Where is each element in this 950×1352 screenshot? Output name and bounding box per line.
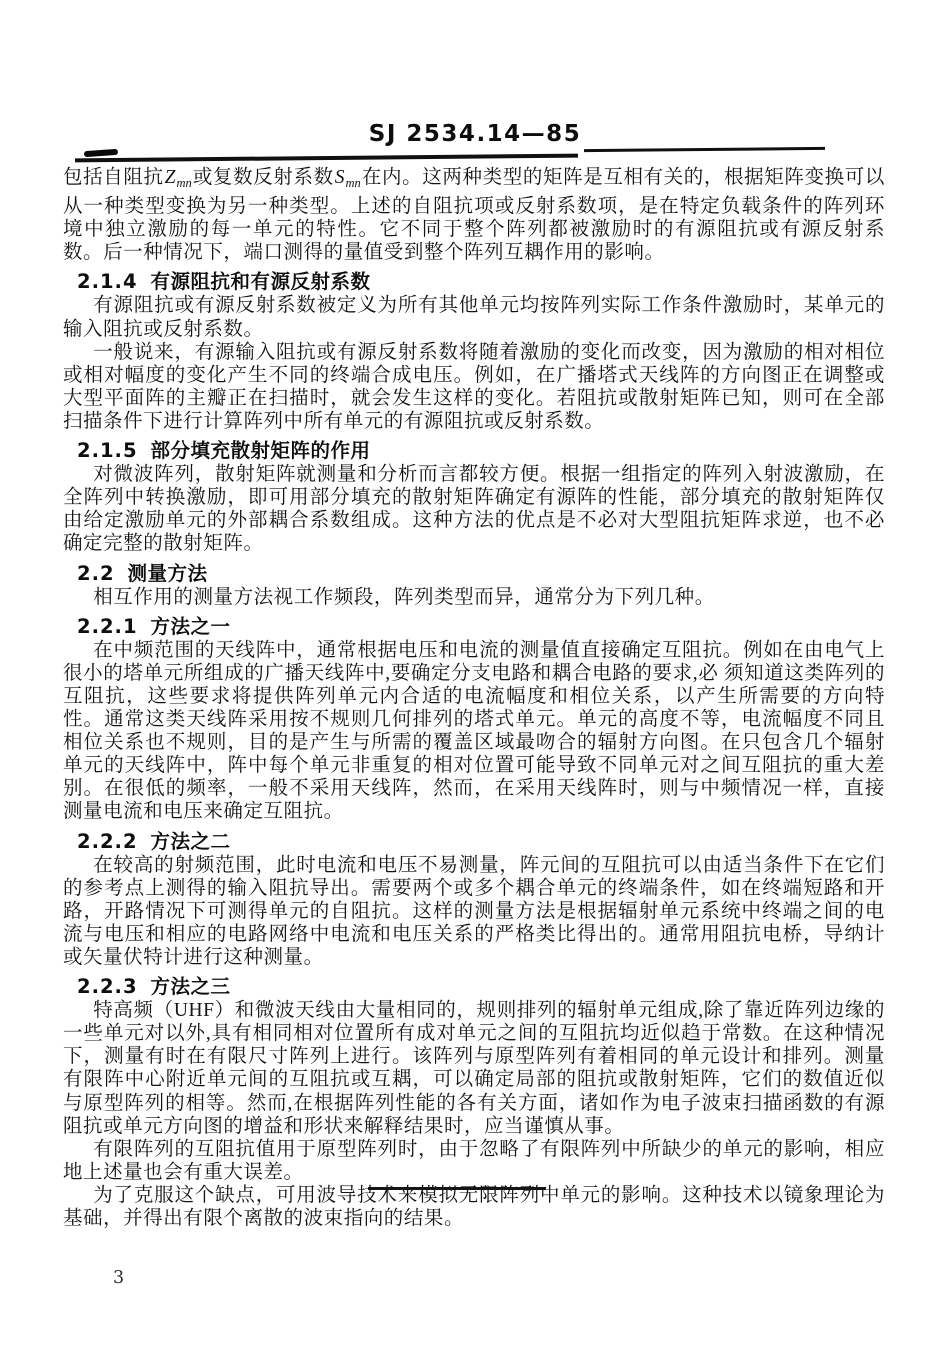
section-heading-2-1-4: 2.1.4有源阻抗和有源反射系数 (63, 270, 885, 293)
page-number: 3 (113, 1268, 124, 1288)
section-title: 测量方法 (128, 562, 208, 585)
section-heading-2-1-5: 2.1.5部分填充散射矩阵的作用 (63, 439, 885, 462)
section-number: 2.1.4 (77, 270, 138, 293)
section-heading-2-2-3: 2.2.3方法之三 (63, 975, 885, 998)
intro-text: 或复数反射系数 (193, 167, 334, 188)
section-title: 方法之一 (151, 615, 231, 638)
section-title: 部分填充散射矩阵的作用 (151, 439, 371, 462)
subscript-mn: mn (345, 176, 360, 190)
paragraph: 有源阻抗或有源反射系数被定义为所有其他单元均按阵列实际工作条件激励时，某单元的输… (63, 294, 885, 340)
paragraph: 为了克服这个缺点，可用波导技术来模拟无限阵列中单元的影响。这种技术以镜象理论为基… (63, 1184, 885, 1230)
variable-z: Z (164, 167, 177, 188)
section-heading-2-2-2: 2.2.2方法之二 (63, 830, 885, 853)
section-title: 有源阻抗和有源反射系数 (151, 270, 371, 293)
end-of-text-divider (368, 1187, 546, 1190)
paragraph: 一般说来，有源输入阻抗或有源反射系数将随着激励的变化而改变，因为激励的相对相位或… (63, 341, 885, 433)
header-rule-left (75, 154, 578, 162)
header-rule-right (584, 147, 825, 152)
document-page: SJ 2534.14—85 包括自阻抗Zmn或复数反射系数Smn在内。这两种类型… (0, 0, 950, 1352)
paragraph: 在中频范围的天线阵中，通常根据电压和电流的测量值直接确定互阻抗。例如在由电气上很… (63, 639, 885, 824)
section-number: 2.1.5 (77, 439, 138, 462)
paragraph: 对微波阵列，散射矩阵就测量和分析而言都较方便。根据一组指定的阵列入射波激励，在全… (63, 463, 885, 555)
paragraph: 特高频（UHF）和微波天线由大量相同的，规则排列的辐射单元组成,除了靠近阵列边缘… (63, 999, 885, 1138)
section-number: 2.2.3 (77, 975, 138, 998)
section-heading-2-2: 2.2测量方法 (63, 562, 885, 585)
section-title: 方法之二 (151, 830, 231, 853)
doc-number: SJ 2534.14—85 (0, 121, 950, 147)
variable-s: S (334, 167, 346, 188)
paragraph: 相互作用的测量方法视工作频段，阵列类型而异，通常分为下列几种。 (63, 586, 885, 609)
paragraph-intro: 包括自阻抗Zmn或复数反射系数Smn在内。这两种类型的矩阵是互相有关的，根据矩阵… (63, 166, 885, 264)
section-number: 2.2.1 (77, 615, 138, 638)
subscript-mn: mn (176, 176, 191, 190)
document-body: 包括自阻抗Zmn或复数反射系数Smn在内。这两种类型的矩阵是互相有关的，根据矩阵… (63, 166, 885, 1230)
section-title: 方法之三 (151, 975, 231, 998)
section-number: 2.2 (77, 562, 115, 585)
section-heading-2-2-1: 2.2.1方法之一 (63, 615, 885, 638)
intro-text: 包括自阻抗 (63, 167, 164, 188)
section-number: 2.2.2 (77, 830, 138, 853)
paragraph: 有限阵列的互阻抗值用于原型阵列时，由于忽略了有限阵列中所缺少的单元的影响，相应地… (63, 1138, 885, 1184)
header-rule-ink-blob (84, 149, 118, 157)
paragraph: 在较高的射频范围，此时电流和电压不易测量，阵元间的互阻抗可以由适当条件下在它们的… (63, 854, 885, 969)
